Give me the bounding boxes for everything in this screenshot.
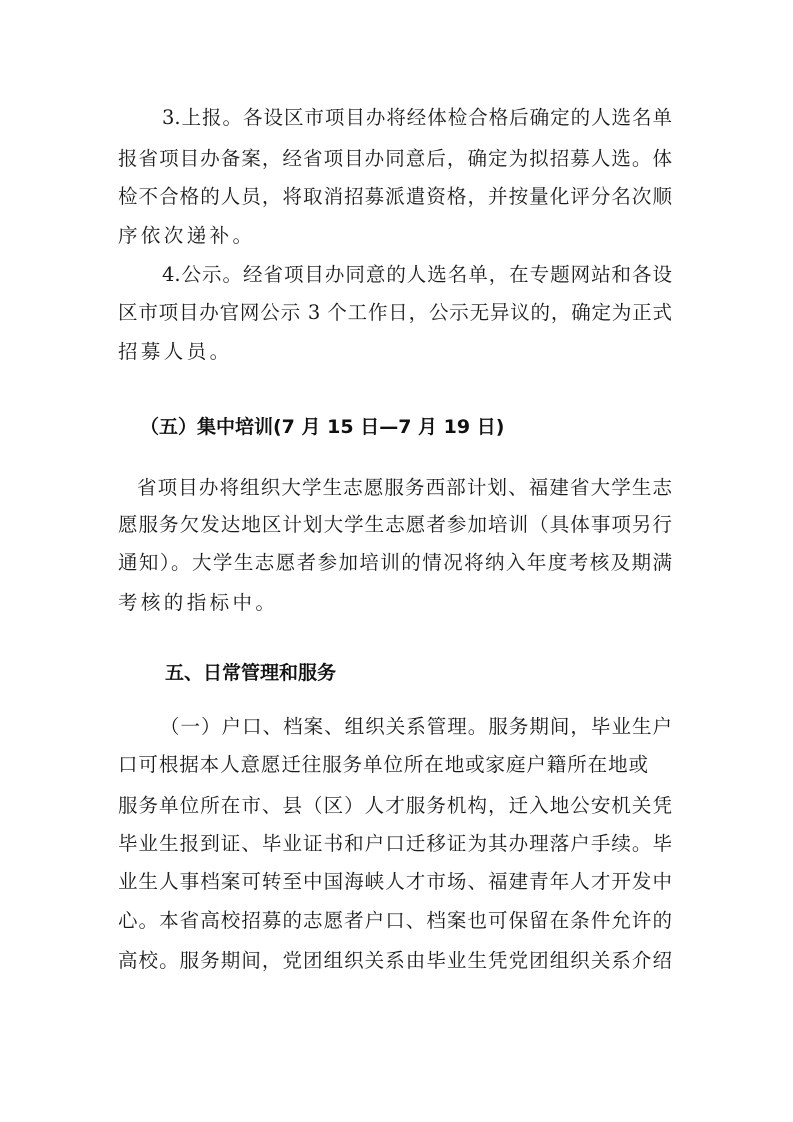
paragraph-training-line-4: 考核的指标中。 xyxy=(118,591,678,615)
paragraph-report-line-4: 序依次递补。 xyxy=(118,224,678,248)
paragraph-training-line-3: 通知）。大学生志愿者参加培训的情况将纳入年度考核及期满 xyxy=(118,551,672,575)
paragraph-report-line-1: 3.上报。各设区市项目办将经体检合格后确定的人选名单 xyxy=(162,106,672,130)
paragraph-management-line-7: 高校。服务期间，党团组织关系由毕业生凭党团组织关系介绍 xyxy=(118,949,672,973)
paragraph-publicity-line-2: 区市项目办官网公示 3 个工作日，公示无异议的，确定为正式 xyxy=(118,301,672,325)
paragraph-management-line-5: 业生人事档案可转至中国海峡人才市场、福建青年人才开发中 xyxy=(118,870,672,894)
paragraph-training-line-1: 省项目办将组织大学生志愿服务西部计划、福建省大学生志 xyxy=(137,476,672,500)
paragraph-report-line-2: 报省项目办备案，经省项目办同意后，确定为拟招募人选。体 xyxy=(118,147,672,171)
paragraph-publicity-line-3: 招募人员。 xyxy=(118,340,678,364)
paragraph-management-line-2: 口可根据本人意愿迁往服务单位所在地或家庭户籍所在地或 xyxy=(118,753,648,777)
paragraph-publicity-line-1: 4.公示。经省项目办同意的人选名单，在专题网站和各设 xyxy=(162,263,672,287)
paragraph-management-line-3: 服务单位所在市、县（区）人才服务机构，迁入地公安机关凭 xyxy=(118,794,672,818)
document-page: 3.上报。各设区市项目办将经体检合格后确定的人选名单 报省项目办备案，经省项目办… xyxy=(0,0,793,1122)
paragraph-training-line-2: 愿服务欠发达地区计划大学生志愿者参加培训（具体事项另行 xyxy=(118,513,672,537)
heading-management: 五、日常管理和服务 xyxy=(165,661,336,685)
paragraph-report-line-3: 检不合格的人员，将取消招募派遣资格，并按量化评分名次顺 xyxy=(118,185,672,209)
paragraph-management-line-4: 毕业生报到证、毕业证书和户口迁移证为其办理落户手续。毕 xyxy=(118,832,672,856)
paragraph-management-line-1: （一）户口、档案、组织关系管理。服务期间，毕业生户 xyxy=(160,715,672,739)
heading-training: （五）集中培训(7 月 15 日—7 月 19 日) xyxy=(140,415,504,439)
paragraph-management-line-6: 心。本省高校招募的志愿者户口、档案也可保留在条件允许的 xyxy=(118,909,672,933)
